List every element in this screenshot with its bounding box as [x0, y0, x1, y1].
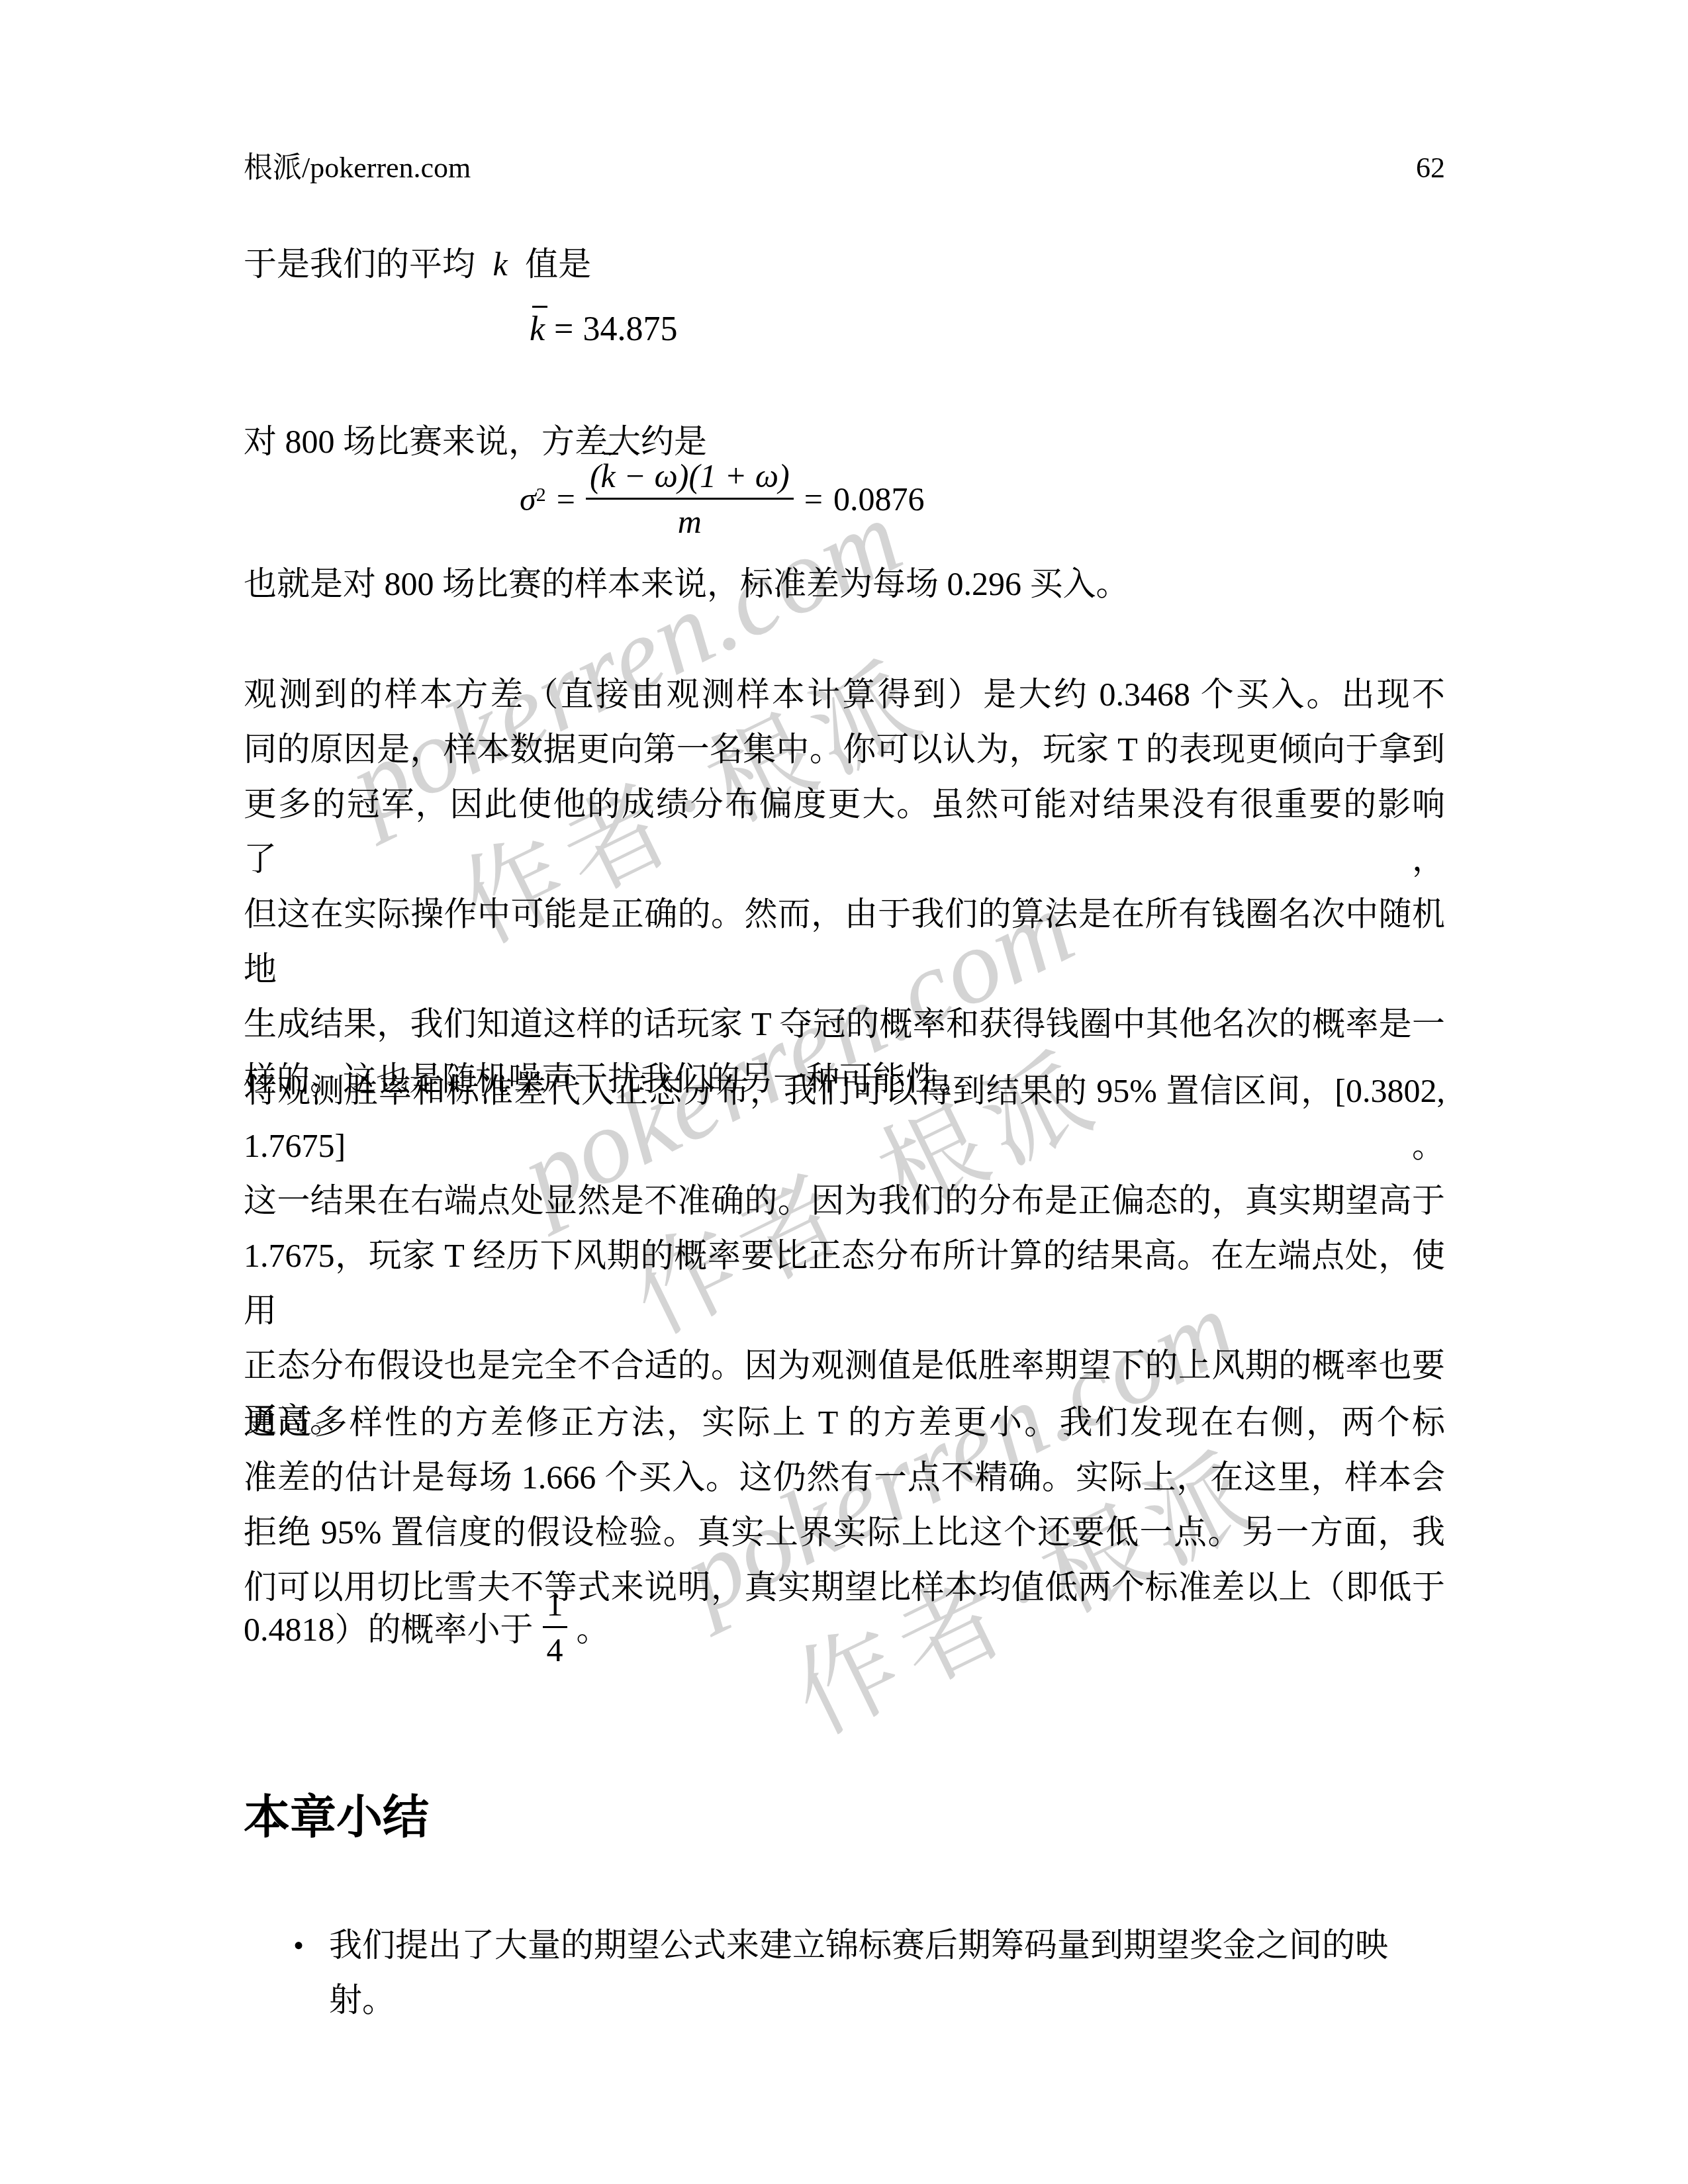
page-content: 根派/pokerren.com 62 于是我们的平均 k 值是 k = 34.8… [0, 0, 1688, 2184]
body-line: 准差的估计是每场 1.666 个买入。这仍然有一点不精确。实际上，在这里，样本会 [244, 1450, 1445, 1505]
fraction-numerator: 1 [543, 1585, 567, 1623]
exponent-2: 2 [536, 484, 546, 506]
kbar-symbol: k [601, 457, 616, 495]
body-line: 拒绝 95% 置信度的假设检验。真实上界实际上比这个还要低一点。另一方面，我 [244, 1505, 1445, 1560]
page-header: 根派/pokerren.com 62 [244, 150, 1445, 187]
body-line: 同的原因是，样本数据更向第一名集中。你可以认为，玩家 T 的表现更倾向于拿到 [244, 722, 1445, 777]
section-heading-summary: 本章小结 [244, 1787, 1445, 1848]
fraction-numerator: (k − ω)(1 + ω) [586, 457, 794, 495]
paragraph-intro: 于是我们的平均 k 值是 [244, 237, 1445, 292]
formula-kbar: k = 34.875 [530, 310, 677, 349]
paragraph-confidence-interval: 将观测胜率和标准差代入正态分布，我们可以得到结果的 95% 置信区间，[0.38… [244, 1064, 1445, 1448]
equals-sign: = [554, 310, 573, 349]
fraction-bar [543, 1626, 567, 1628]
sigma-fraction: (k − ω)(1 + ω) m [586, 457, 794, 541]
body-line: 将观测胜率和标准差代入正态分布，我们可以得到结果的 95% 置信区间，[0.38… [244, 1064, 1445, 1173]
summary-bullet-item: • 我们提出了大量的期望公式来建立锦标赛后期筹码量到期望奖金之间的映射。 [244, 1918, 1445, 2028]
body-line: 但这在实际操作中可能是正确的。然而，由于我们的算法是在所有钱圈名次中随机地 [244, 887, 1445, 997]
sigma-squared-symbol: σ2 [520, 480, 546, 518]
fraction-denominator: m [678, 502, 702, 541]
fraction-bar [586, 498, 794, 500]
one-quarter-fraction: 1 4 [543, 1585, 567, 1669]
paren-open: ( [590, 457, 601, 494]
intro-text-post: 值是 [525, 246, 591, 283]
page-number: 62 [1416, 150, 1445, 187]
last-line-text: 0.4818）的概率小于 [244, 1603, 534, 1651]
bullet-marker: • [293, 1918, 304, 1973]
body-line: 生成结果，我们知道这样的话玩家 T 夺冠的概率和获得钱圈中其他名次的概率是一 [244, 997, 1445, 1052]
paragraph-observed-variance: 观测到的样本方差（直接由观测样本计算得到）是大约 0.3468 个买入。出现不 … [244, 667, 1445, 1107]
equals-sign: = [557, 480, 575, 518]
equals-sign: = [804, 480, 823, 518]
paragraph-correction-last-line: 0.4818）的概率小于 1 4 。 [244, 1574, 1445, 1680]
numerator-rest: − ω)(1 + ω) [616, 457, 790, 494]
bullet-text: 我们提出了大量的期望公式来建立锦标赛后期筹码量到期望奖金之间的映射。 [329, 1918, 1445, 2028]
body-line: 通过多样性的方差修正方法，实际上 T 的方差更小。我们发现在右侧，两个标 [244, 1395, 1445, 1450]
sentence-period: 。 [577, 1603, 610, 1651]
body-line: 1.7675，玩家 T 经历下风期的概率要比正态分布所计算的结果高。在左端点处，… [244, 1228, 1445, 1338]
body-line: 这一结果在右端点处显然是不准确的。因为我们的分布是正偏态的，真实期望高于 [244, 1173, 1445, 1228]
body-line: 观测到的样本方差（直接由观测样本计算得到）是大约 0.3468 个买入。出现不 [244, 667, 1445, 722]
body-line: 更多的冠军，因此使他的成绩分布偏度更大。虽然可能对结果没有很重要的影响了， [244, 777, 1445, 887]
header-site-label: 根派/pokerren.com [244, 150, 471, 187]
sigma-result-value: 0.0876 [833, 480, 925, 518]
sigma-glyph: σ [520, 480, 536, 518]
fraction-denominator: 4 [547, 1631, 563, 1669]
kbar-symbol: k [530, 310, 545, 349]
variable-k: k [493, 246, 508, 283]
body-line: 正态分布假设也是完全不合适的。因为观测值是低胜率期望下的上风期的概率也要 [244, 1338, 1445, 1393]
paragraph-sd: 也就是对 800 场比赛的样本来说，标准差为每场 0.296 买入。 [244, 557, 1445, 612]
kbar-value: 34.875 [583, 310, 677, 349]
intro-text-pre: 于是我们的平均 [244, 246, 475, 283]
formula-sigma-squared: σ2 = (k − ω)(1 + ω) m = 0.0876 [520, 457, 924, 541]
